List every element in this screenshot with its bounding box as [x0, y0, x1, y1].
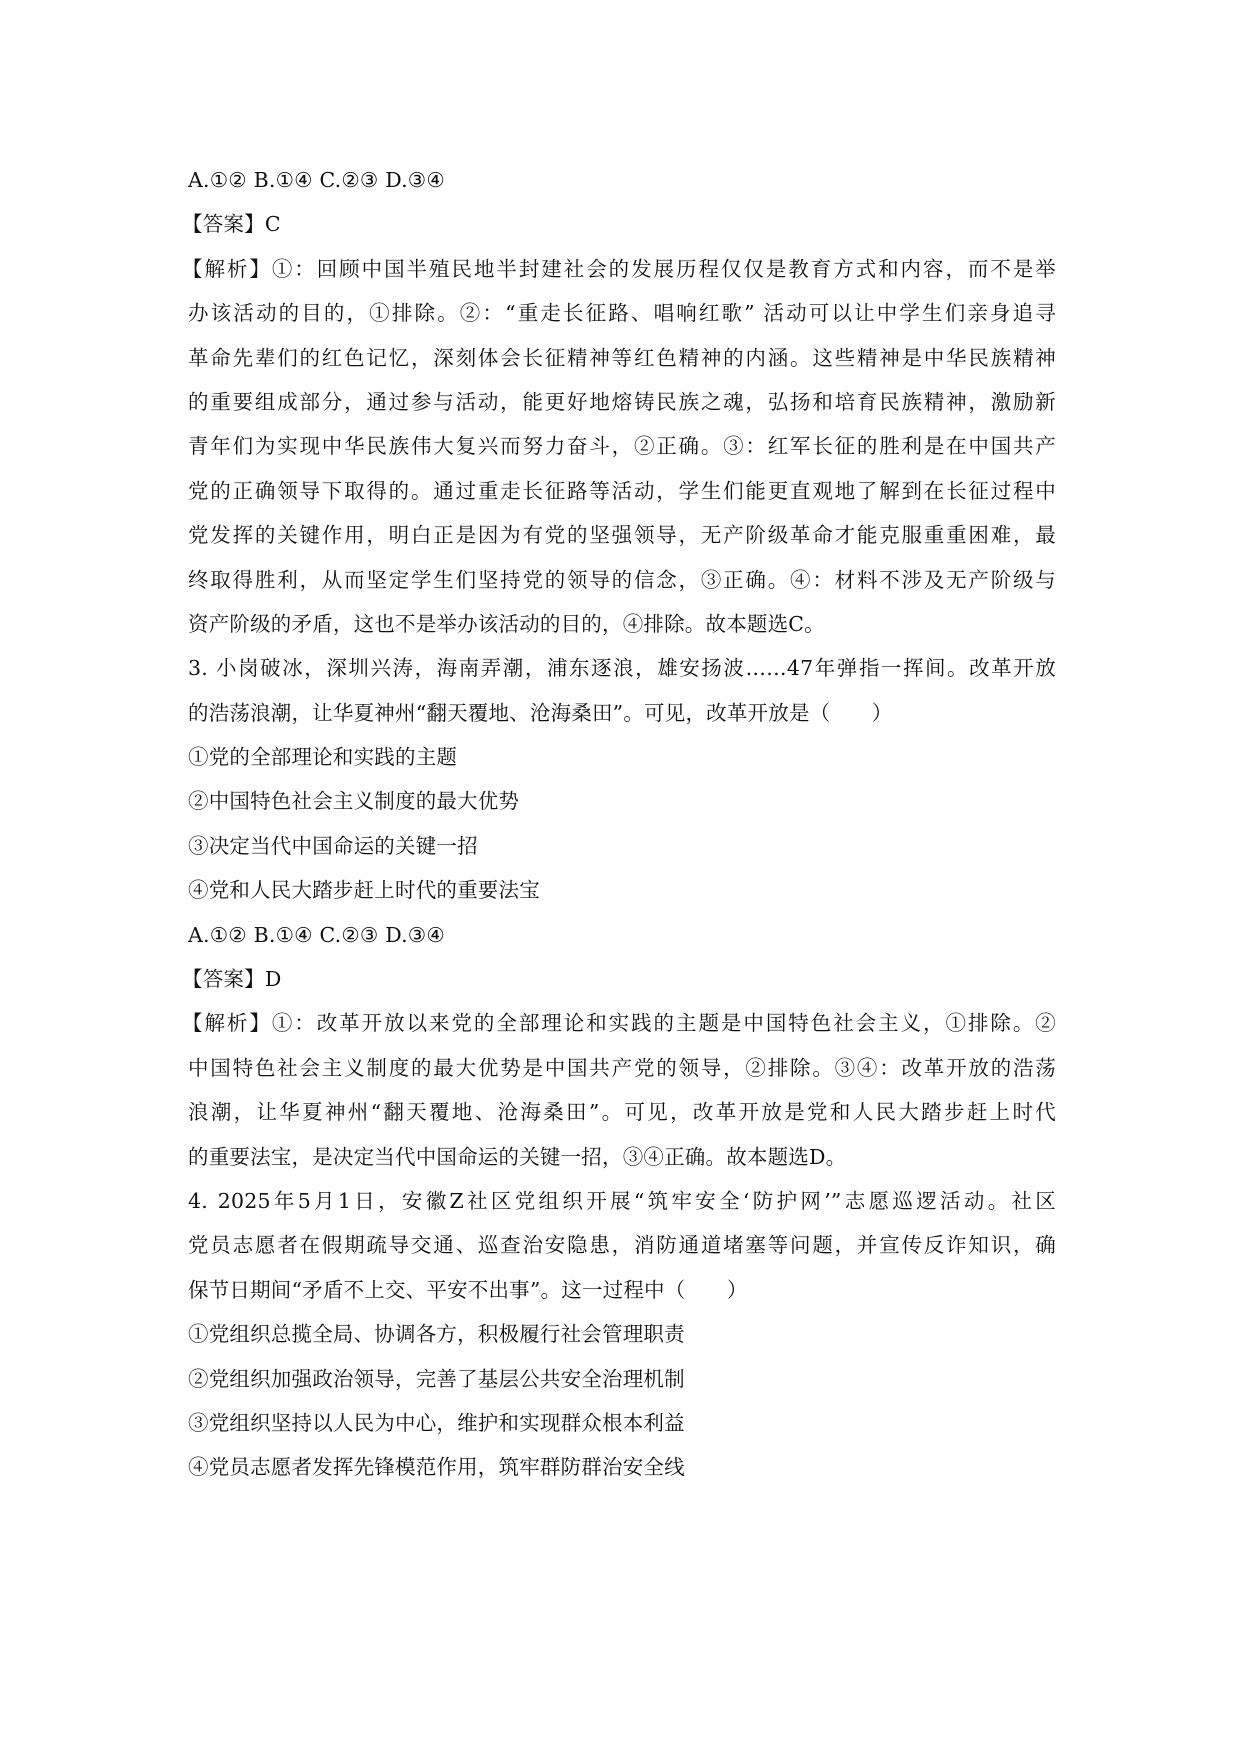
analysis-line: 党的正确领导下取得的。通过重走长征路等活动，学生们能更直观地了解到在长征过程中	[188, 469, 1056, 513]
question-3-stem-line: 的浩荡浪潮，让华夏神州“翻天覆地、沧海桑田”。可见，改革开放是（ ）	[188, 691, 1056, 735]
analysis-line: 终取得胜利，从而坚定学生们坚持党的领导的信念，③正确。④：材料不涉及无产阶级与	[188, 558, 1056, 602]
analysis-line: 党发挥的关键作用，明白正是因为有党的坚强领导，无产阶级革命才能克服重重困难，最	[188, 513, 1056, 557]
question-2-analysis: 【解析】①：回顾中国半殖民地半封建社会的发展历程仅仅是教育方式和内容，而不是举 …	[188, 247, 1056, 647]
analysis-line: 的重要组成部分，通过参与活动，能更好地熔铸民族之魂，弘扬和培育民族精神，激励新	[188, 380, 1056, 424]
question-4-statement-1: ①党组织总揽全局、协调各方，积极履行社会管理职责	[188, 1312, 1056, 1356]
question-3-statement-4: ④党和人民大踏步赶上时代的重要法宝	[188, 868, 1056, 912]
question-4: 4. 2025年5月1日，安徽Z社区党组织开展“筑牢安全‘防护网’”志愿巡逻活动…	[188, 1179, 1056, 1490]
question-4-statement-2: ②党组织加强政治领导，完善了基层公共安全治理机制	[188, 1357, 1056, 1401]
analysis-line: 资产阶级的矛盾，这也不是举办该活动的目的，④排除。故本题选C。	[188, 602, 1056, 646]
analysis-line: 【解析】①：回顾中国半殖民地半封建社会的发展历程仅仅是教育方式和内容，而不是举	[182, 247, 1056, 291]
question-4-statement-4: ④党员志愿者发挥先锋模范作用，筑牢群防群治安全线	[188, 1445, 1056, 1489]
answer-label: 【答案】	[182, 212, 265, 236]
answer-value: D	[265, 967, 282, 991]
question-2-tail: A.①② B.①④ C.②③ D.③④ 【答案】C 【解析】①：回顾中国半殖民地…	[188, 158, 1056, 646]
analysis-line: 中国特色社会主义制度的最大优势是中国共产党的领导，②排除。③④：改革开放的浩荡	[188, 1046, 1056, 1090]
question-4-stem-line: 4. 2025年5月1日，安徽Z社区党组织开展“筑牢安全‘防护网’”志愿巡逻活动…	[188, 1179, 1056, 1223]
analysis-line: 【解析】①：改革开放以来党的全部理论和实践的主题是中国特色社会主义，①排除。②	[182, 1001, 1056, 1045]
question-3: 3. 小岗破冰，深圳兴涛，海南弄潮，浦东逐浪，雄安扬波……47年弹指一挥间。改革…	[188, 646, 1056, 1179]
question-3-options: A.①② B.①④ C.②③ D.③④	[188, 913, 1056, 957]
question-3-statement-2: ②中国特色社会主义制度的最大优势	[188, 779, 1056, 823]
question-4-stem-line: 保节日期间“矛盾不上交、平安不出事”。这一过程中（ ）	[188, 1268, 1056, 1312]
question-3-statement-1: ①党的全部理论和实践的主题	[188, 735, 1056, 779]
question-4-stem-line: 党员志愿者在假期疏导交通、巡查治安隐患，消防通道堵塞等问题，并宣传反诈知识，确	[188, 1223, 1056, 1267]
question-3-analysis: 【解析】①：改革开放以来党的全部理论和实践的主题是中国特色社会主义，①排除。② …	[188, 1001, 1056, 1179]
answer-label: 【答案】	[182, 967, 265, 991]
question-4-statement-3: ③党组织坚持以人民为中心，维护和实现群众根本利益	[188, 1401, 1056, 1445]
question-3-answer: 【答案】D	[188, 957, 1056, 1001]
analysis-line: 青年们为实现中华民族伟大复兴而努力奋斗，②正确。③：红军长征的胜利是在中国共产	[188, 424, 1056, 468]
question-2-options: A.①② B.①④ C.②③ D.③④	[188, 158, 1056, 202]
analysis-line: 浪潮，让华夏神州“翻天覆地、沧海桑田”。可见，改革开放是党和人民大踏步赶上时代	[188, 1090, 1056, 1134]
document-page: A.①② B.①④ C.②③ D.③④ 【答案】C 【解析】①：回顾中国半殖民地…	[188, 158, 1056, 1490]
question-3-stem-line: 3. 小岗破冰，深圳兴涛，海南弄潮，浦东逐浪，雄安扬波……47年弹指一挥间。改革…	[188, 646, 1056, 690]
analysis-line: 办该活动的目的，①排除。②：“重走长征路、唱响红歌” 活动可以让中学生们亲身追寻	[188, 291, 1056, 335]
question-3-statement-3: ③决定当代中国命运的关键一招	[188, 824, 1056, 868]
answer-value: C	[265, 212, 281, 236]
analysis-line: 的重要法宝，是决定当代中国命运的关键一招，③④正确。故本题选D。	[188, 1135, 1056, 1179]
analysis-line: 革命先辈们的红色记忆，深刻体会长征精神等红色精神的内涵。这些精神是中华民族精神	[188, 336, 1056, 380]
question-2-answer: 【答案】C	[188, 202, 1056, 246]
